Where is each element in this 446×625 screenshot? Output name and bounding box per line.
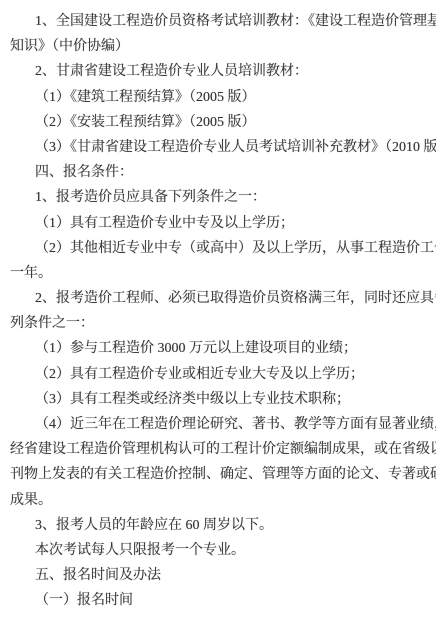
text-line: （2）《安装工程预结算》（2005 版） — [10, 110, 436, 135]
text-line: 1、全国建设工程造价员资格考试培训教材：《建设工程造价管理基础 — [10, 9, 436, 34]
text-line: （1）参与工程造价 3000 万元以上建设项目的业绩； — [10, 336, 436, 361]
text-line: 刊物上发表的有关工程造价控制、确定、管理等方面的论文、专著或研究 — [10, 462, 436, 487]
text-line: 列条件之一： — [10, 311, 436, 336]
text-line: （1）《建筑工程预结算》（2005 版） — [10, 85, 436, 110]
text-line: （3）具有工程类或经济类中级以上专业技术职称； — [10, 387, 436, 412]
text-line: （3）《甘肃省建设工程造价专业人员考试培训补充教材》（2010 版） — [10, 135, 436, 160]
text-line: 3、报考人员的年龄应在 60 周岁以下。 — [10, 513, 436, 538]
text-line: （1）具有工程造价专业中专及以上学历； — [10, 211, 436, 236]
text-line: 知识》（中价协编） — [10, 34, 436, 59]
text-line: （2）其他相近专业中专（或高中）及以上学历，从事工程造价工作满 — [10, 236, 436, 261]
document-body: 1、全国建设工程造价员资格考试培训教材：《建设工程造价管理基础知识》（中价协编）… — [10, 9, 436, 614]
text-line: 1、报考造价员应具备下列条件之一： — [10, 185, 436, 210]
text-line: 2、甘肃省建设工程造价专业人员培训教材： — [10, 59, 436, 84]
document-page: 1、全国建设工程造价员资格考试培训教材：《建设工程造价管理基础知识》（中价协编）… — [0, 0, 446, 625]
text-line: 经省建设工程造价管理机构认可的工程计价定额编制成果，或在省级以上 — [10, 437, 436, 462]
text-line: （2）具有工程造价专业或相近专业大专及以上学历； — [10, 362, 436, 387]
text-line: 2、报考造价工程师、必须已取得造价员资格满三年，同时还应具备下 — [10, 286, 436, 311]
text-line: 一年。 — [10, 261, 436, 286]
text-line: （一）报名时间 — [10, 588, 436, 613]
text-line: 五、报名时间及办法 — [10, 563, 436, 588]
text-line: 成果。 — [10, 488, 436, 513]
text-line: 四、报名条件： — [10, 160, 436, 185]
text-line: 本次考试每人只限报考一个专业。 — [10, 538, 436, 563]
text-line: （4）近三年在工程造价理论研究、著书、教学等方面有显著业绩，即 — [10, 412, 436, 437]
